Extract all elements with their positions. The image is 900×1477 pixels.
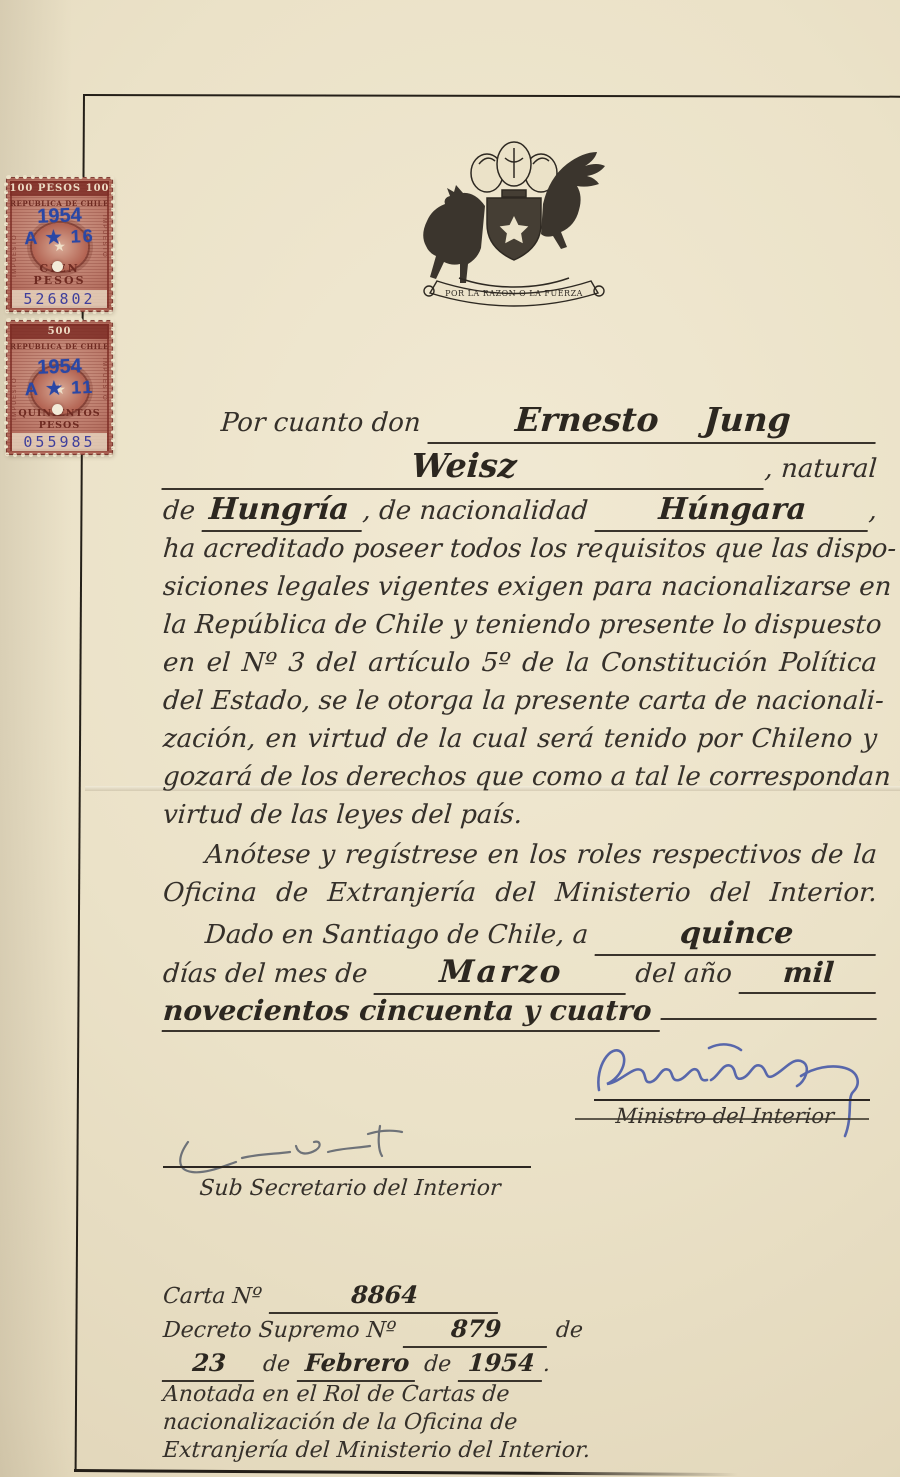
body-line-14: Dado en Santiago de Chile, a quince xyxy=(162,916,879,956)
printed-text: , natural xyxy=(764,454,878,484)
field-nationality: Húngara xyxy=(594,492,870,532)
field-carta-number: 8864 xyxy=(269,1280,500,1314)
revenue-stamp-500-pesos: 500 REPUBLICA DE CHILE ★ IMPUESTO IMPUES… xyxy=(6,320,113,455)
body-line-6: la República de Chile y teniendo present… xyxy=(162,610,878,640)
subsecretario-signature xyxy=(172,1118,442,1178)
footer-note-3: Extranjería del Ministerio del Interior. xyxy=(162,1438,594,1463)
revenue-stamp-100-pesos: 100 PESOS 100 REPUBLICA DE CHILE ★ IMPUE… xyxy=(6,177,113,312)
printed-text: de xyxy=(555,1318,584,1343)
trailing-rule xyxy=(661,1015,877,1020)
footer-carta-line: Carta Nº 8864 xyxy=(162,1280,500,1314)
stamp-overprint-series: A ★ 11 xyxy=(6,376,114,401)
body-line-7: en el Nº 3 del artículo 5º de la Constit… xyxy=(162,648,878,678)
footer-decreto-line: Decreto Supremo Nº 879 de xyxy=(162,1314,584,1348)
ministro-title: Ministro del Interior xyxy=(581,1104,869,1128)
coat-of-arms-icon: POR LA RAZON O LA FUERZA xyxy=(398,140,630,310)
field-year-word-2: novecientos cincuenta y cuatro xyxy=(162,994,663,1032)
field-decreto-day: 23 xyxy=(162,1348,256,1382)
body-line-11: virtud de las leyes del país. xyxy=(162,800,878,830)
border-bottom-line xyxy=(74,1469,900,1477)
field-decreto-number: 879 xyxy=(403,1314,549,1348)
field-year-word-1: mil xyxy=(739,956,879,994)
subsecretario-signature-rule xyxy=(163,1166,531,1168)
ministro-strike-line xyxy=(575,1118,869,1120)
naturalization-certificate-page: 100 PESOS 100 REPUBLICA DE CHILE ★ IMPUE… xyxy=(0,0,900,1477)
body-line-2: Weisz , natural xyxy=(161,446,878,490)
footer-note-2: nacionalización de la Oficina de xyxy=(162,1410,584,1435)
stamp-value-line2: PESOS xyxy=(6,420,113,432)
printed-text: Carta Nº xyxy=(162,1284,263,1309)
printed-text: . xyxy=(542,1352,551,1377)
base-ornament xyxy=(459,278,569,287)
printed-text: de xyxy=(162,496,196,526)
body-line-8: del Estado, se le otorga la presente car… xyxy=(162,686,878,716)
printed-text: días del mes de xyxy=(162,959,368,989)
field-decreto-month: Febrero xyxy=(297,1348,417,1382)
body-line-16: novecientos cincuenta y cuatro xyxy=(162,994,879,1032)
body-line-12: Anótese y regístrese en los roles respec… xyxy=(162,840,878,870)
plumes xyxy=(471,142,557,197)
border-top-line xyxy=(84,94,900,98)
printed-text: , de nacionalidad xyxy=(362,496,589,526)
field-country: Hungría xyxy=(202,492,364,532)
body-line-10: gozará de los derechos que como a tal le… xyxy=(162,762,878,792)
motto-text: POR LA RAZON O LA FUERZA xyxy=(445,289,583,298)
body-line-5: siciones legales vigentes exigen para na… xyxy=(162,572,878,602)
field-given-name: Ernesto Jung xyxy=(427,400,878,444)
body-line-9: zación, en virtud de la cual será tenido… xyxy=(162,724,878,754)
field-surname: Weisz xyxy=(161,446,766,490)
stamp-serial-number: 055985 xyxy=(12,433,107,451)
printed-text: Decreto Supremo Nº xyxy=(162,1318,397,1343)
stamp-denomination-band: 500 xyxy=(10,324,109,339)
footer-date-line: 23 de Febrero de 1954 . xyxy=(162,1348,584,1382)
printed-text: , xyxy=(868,496,878,526)
field-month: Marzo xyxy=(374,954,629,995)
body-line-3: de Hungría , de nacionalidad Húngara , xyxy=(162,492,879,532)
field-decreto-year: 1954 xyxy=(458,1348,544,1382)
stamp-denomination-band: 100 PESOS 100 xyxy=(10,181,109,196)
stamp-punch-hole xyxy=(52,261,63,272)
printed-text: Dado en Santiago de Chile, a xyxy=(204,920,589,950)
footer-note-1: Anotada en el Rol de Cartas de xyxy=(162,1382,584,1407)
printed-text: Por cuanto don xyxy=(220,408,422,438)
body-line-4: ha acreditado poseer todos los requisito… xyxy=(162,534,878,564)
printed-text: del año xyxy=(634,959,733,989)
body-line-15: días del mes de Marzo del año mil xyxy=(162,954,879,995)
subsecretario-title: Sub Secretario del Interior xyxy=(189,1176,511,1201)
body-line-1: Por cuanto don Ernesto Jung xyxy=(161,400,878,444)
body-line-13: Oficina de Extranjería del Ministerio de… xyxy=(162,878,878,908)
stamp-overprint-series: A ★ 16 xyxy=(6,225,114,250)
stamp-punch-hole xyxy=(52,404,63,415)
ministro-signature-rule xyxy=(594,1099,870,1101)
stamp-serial-number: 526802 xyxy=(12,290,107,308)
stamp-country-label: REPUBLICA DE CHILE xyxy=(6,342,113,351)
field-day-word: quince xyxy=(595,916,879,956)
printed-text: de xyxy=(423,1352,452,1377)
stamp-value-line2: PESOS xyxy=(6,275,113,287)
huemul-supporter xyxy=(423,185,485,283)
printed-text: de xyxy=(262,1352,291,1377)
